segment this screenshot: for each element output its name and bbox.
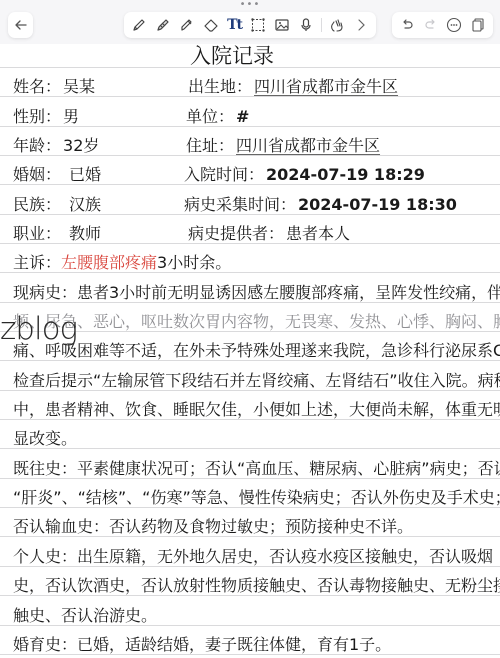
paragraph-text: 频、尿急、恶心，呕吐数次胃内容物，无畏寒、发热、心悸、胸闷、胸 bbox=[13, 314, 485, 330]
field-row: 职业：教师 病史提供者：患者本人 bbox=[0, 215, 500, 244]
chief-complaint-label: 主诉： bbox=[13, 253, 61, 272]
personal-history-line: 触史、否认治游史。 bbox=[0, 596, 500, 625]
toolbar-divider bbox=[321, 18, 322, 32]
paragraph-text: 检查后提示“左输尿管下段结石并左肾绞痛、左肾结石”收住入院。病程 bbox=[13, 373, 485, 389]
history-time-value: 2024-07-19 18:30 bbox=[298, 195, 457, 214]
more-icon[interactable] bbox=[445, 16, 463, 34]
chevron-right-icon[interactable] bbox=[352, 16, 370, 34]
touch-draw-icon[interactable] bbox=[328, 16, 346, 34]
present-illness-line: 现病史：患者3小时前无明显诱因感左腰腹部疼痛，呈阵发性绞痛，伴尿 bbox=[0, 273, 500, 302]
paragraph-text: 既往史：平素健康状况可；否认“高血压、糖尿病、心脏病”病史；否认 bbox=[13, 461, 485, 477]
sex-label: 性别： bbox=[13, 107, 61, 126]
field-row: 性别：男 单位：# bbox=[0, 97, 500, 126]
past-history-line: 否认输血史：否认药物及食物过敏史；预防接种史不详。 bbox=[0, 508, 500, 537]
marital-label: 婚姻： bbox=[13, 165, 61, 184]
name-value: 吴某 bbox=[63, 77, 95, 96]
present-illness-line: 中，患者精神、饮食、睡眠欠佳，小便如上述，大便尚未解，体重无明 bbox=[0, 391, 500, 420]
admission-time-value: 2024-07-19 18:29 bbox=[266, 165, 425, 184]
unit-value: # bbox=[236, 107, 249, 126]
field-row: 婚姻：已婚 入院时间：2024-07-19 18:29 bbox=[0, 156, 500, 185]
history-tools-bar bbox=[392, 12, 493, 38]
past-history-line: “肝炎”、“结核”、“伤寒”等急、慢性传染病史；否认外伤史及手术史； bbox=[0, 479, 500, 508]
age-label: 年龄： bbox=[13, 136, 61, 155]
pages-icon[interactable] bbox=[469, 16, 487, 34]
paragraph-text: 史，否认饮酒史，否认放射性物质接触史、否认毒物接触史、无粉尘接 bbox=[13, 578, 485, 594]
lasso-select-icon[interactable] bbox=[249, 16, 267, 34]
history-time-field: 病史采集时间：2024-07-19 18:30 bbox=[184, 197, 457, 213]
paragraph-text: 中，患者精神、饮食、睡眠欠佳，小便如上述，大便尚未解，体重无明 bbox=[13, 402, 485, 418]
paragraph-text: 否认输血史：否认药物及食物过敏史；预防接种史不详。 bbox=[13, 519, 413, 535]
page-title: 入院记录 bbox=[0, 45, 464, 67]
eraser-icon[interactable] bbox=[202, 16, 220, 34]
occupation-value: 教师 bbox=[69, 224, 101, 243]
present-illness-line: 检查后提示“左输尿管下段结石并左肾绞痛、左肾结石”收住入院。病程 bbox=[0, 361, 500, 390]
pen-icon[interactable] bbox=[130, 16, 148, 34]
past-history-line: 既往史：平素健康状况可；否认“高血压、糖尿病、心脏病”病史；否认 bbox=[0, 449, 500, 478]
chief-complaint: 主诉：左腰腹部疼痛3小时余。 bbox=[13, 255, 231, 271]
personal-history-line: 个人史：出生原籍，无外地久居史，否认疫水疫区接触史，否认吸烟 bbox=[0, 537, 500, 566]
name-label: 姓名： bbox=[13, 77, 61, 96]
watermark: zblog bbox=[0, 312, 77, 346]
paragraph-text: 现病史：患者3小时前无明显诱因感左腰腹部疼痛，呈阵发性绞痛，伴尿 bbox=[13, 285, 485, 301]
history-time-label: 病史采集时间： bbox=[184, 195, 296, 214]
chief-complaint-highlight: 左腰腹部疼痛 bbox=[61, 253, 157, 272]
birthplace-field: 出生地：四川省成都市金牛区 bbox=[188, 79, 398, 95]
field-row: 年龄：32岁 住址：四川省成都市金牛区 bbox=[0, 127, 500, 156]
highlighter-icon[interactable] bbox=[178, 16, 196, 34]
ethnicity-label: 民族： bbox=[13, 195, 61, 214]
paragraph-text: 婚育史：已婚，适龄结婚，妻子既往体健，育有1子。 bbox=[13, 637, 391, 653]
redo-icon[interactable] bbox=[422, 16, 440, 34]
age-field: 年龄：32岁 bbox=[13, 138, 99, 154]
birthplace-label: 出生地： bbox=[188, 77, 252, 96]
paragraph-text: “肝炎”、“结核”、“伤寒”等急、慢性传染病史；否认外伤史及手术史； bbox=[13, 490, 500, 506]
history-provider-value: 患者本人 bbox=[286, 224, 350, 243]
marital-field: 婚姻：已婚 bbox=[13, 167, 101, 183]
drawing-tools-bar: Tt bbox=[124, 12, 376, 38]
paragraph-text: 显改变。 bbox=[13, 431, 77, 447]
paragraph-text: 触史、否认治游史。 bbox=[13, 608, 157, 624]
paragraph-text: 个人史：出生原籍，无外地久居史，否认疫水疫区接触史，否认吸烟 bbox=[13, 549, 493, 565]
marriage-history-line: 婚育史：已婚，适龄结婚，妻子既往体健，育有1子。 bbox=[0, 626, 500, 655]
window-grip-handle[interactable]: ••• bbox=[238, 0, 262, 10]
microphone-icon[interactable] bbox=[297, 16, 315, 34]
chief-complaint-duration: 3小时余。 bbox=[157, 253, 231, 272]
back-button[interactable] bbox=[8, 12, 33, 38]
chief-complaint-row: 主诉：左腰腹部疼痛3小时余。 bbox=[0, 244, 500, 273]
image-icon[interactable] bbox=[273, 16, 291, 34]
unit-label: 单位： bbox=[186, 107, 234, 126]
address-field: 住址：四川省成都市金牛区 bbox=[186, 138, 380, 154]
occupation-field: 职业：教师 bbox=[13, 226, 101, 242]
arrow-left-icon bbox=[12, 16, 30, 34]
name-field: 姓名：吴某 bbox=[13, 79, 95, 95]
ethnicity-value: 汉族 bbox=[69, 195, 101, 214]
text-tool-icon[interactable]: Tt bbox=[226, 16, 244, 34]
marital-value: 已婚 bbox=[69, 165, 101, 184]
age-value: 32岁 bbox=[63, 136, 99, 155]
personal-history-line: 史，否认饮酒史，否认放射性物质接触史、否认毒物接触史、无粉尘接 bbox=[0, 567, 500, 596]
history-provider-field: 病史提供者：患者本人 bbox=[188, 226, 350, 242]
sex-field: 性别：男 bbox=[13, 109, 79, 125]
address-label: 住址： bbox=[186, 136, 234, 155]
admission-time-field: 入院时间：2024-07-19 18:29 bbox=[184, 167, 425, 183]
paragraph-text: 痛、呼吸困难等不适，在外未予特殊处理遂来我院，急诊科行泌尿系CT bbox=[13, 343, 485, 359]
pencil-icon[interactable] bbox=[154, 16, 172, 34]
field-row: 民族：汉族 病史采集时间：2024-07-19 18:30 bbox=[0, 185, 500, 214]
address-value: 四川省成都市金牛区 bbox=[236, 136, 380, 155]
admission-time-label: 入院时间： bbox=[184, 165, 264, 184]
occupation-label: 职业： bbox=[13, 224, 61, 243]
undo-icon[interactable] bbox=[398, 16, 416, 34]
birthplace-value: 四川省成都市金牛区 bbox=[254, 77, 398, 96]
field-row: 姓名：吴某 出生地：四川省成都市金牛区 bbox=[0, 68, 500, 97]
sex-value: 男 bbox=[63, 107, 79, 126]
present-illness-line: 显改变。 bbox=[0, 420, 500, 449]
top-toolbar: ••• Tt bbox=[0, 0, 500, 44]
unit-field: 单位：# bbox=[186, 109, 249, 125]
history-provider-label: 病史提供者： bbox=[188, 224, 284, 243]
ethnicity-field: 民族：汉族 bbox=[13, 197, 101, 213]
